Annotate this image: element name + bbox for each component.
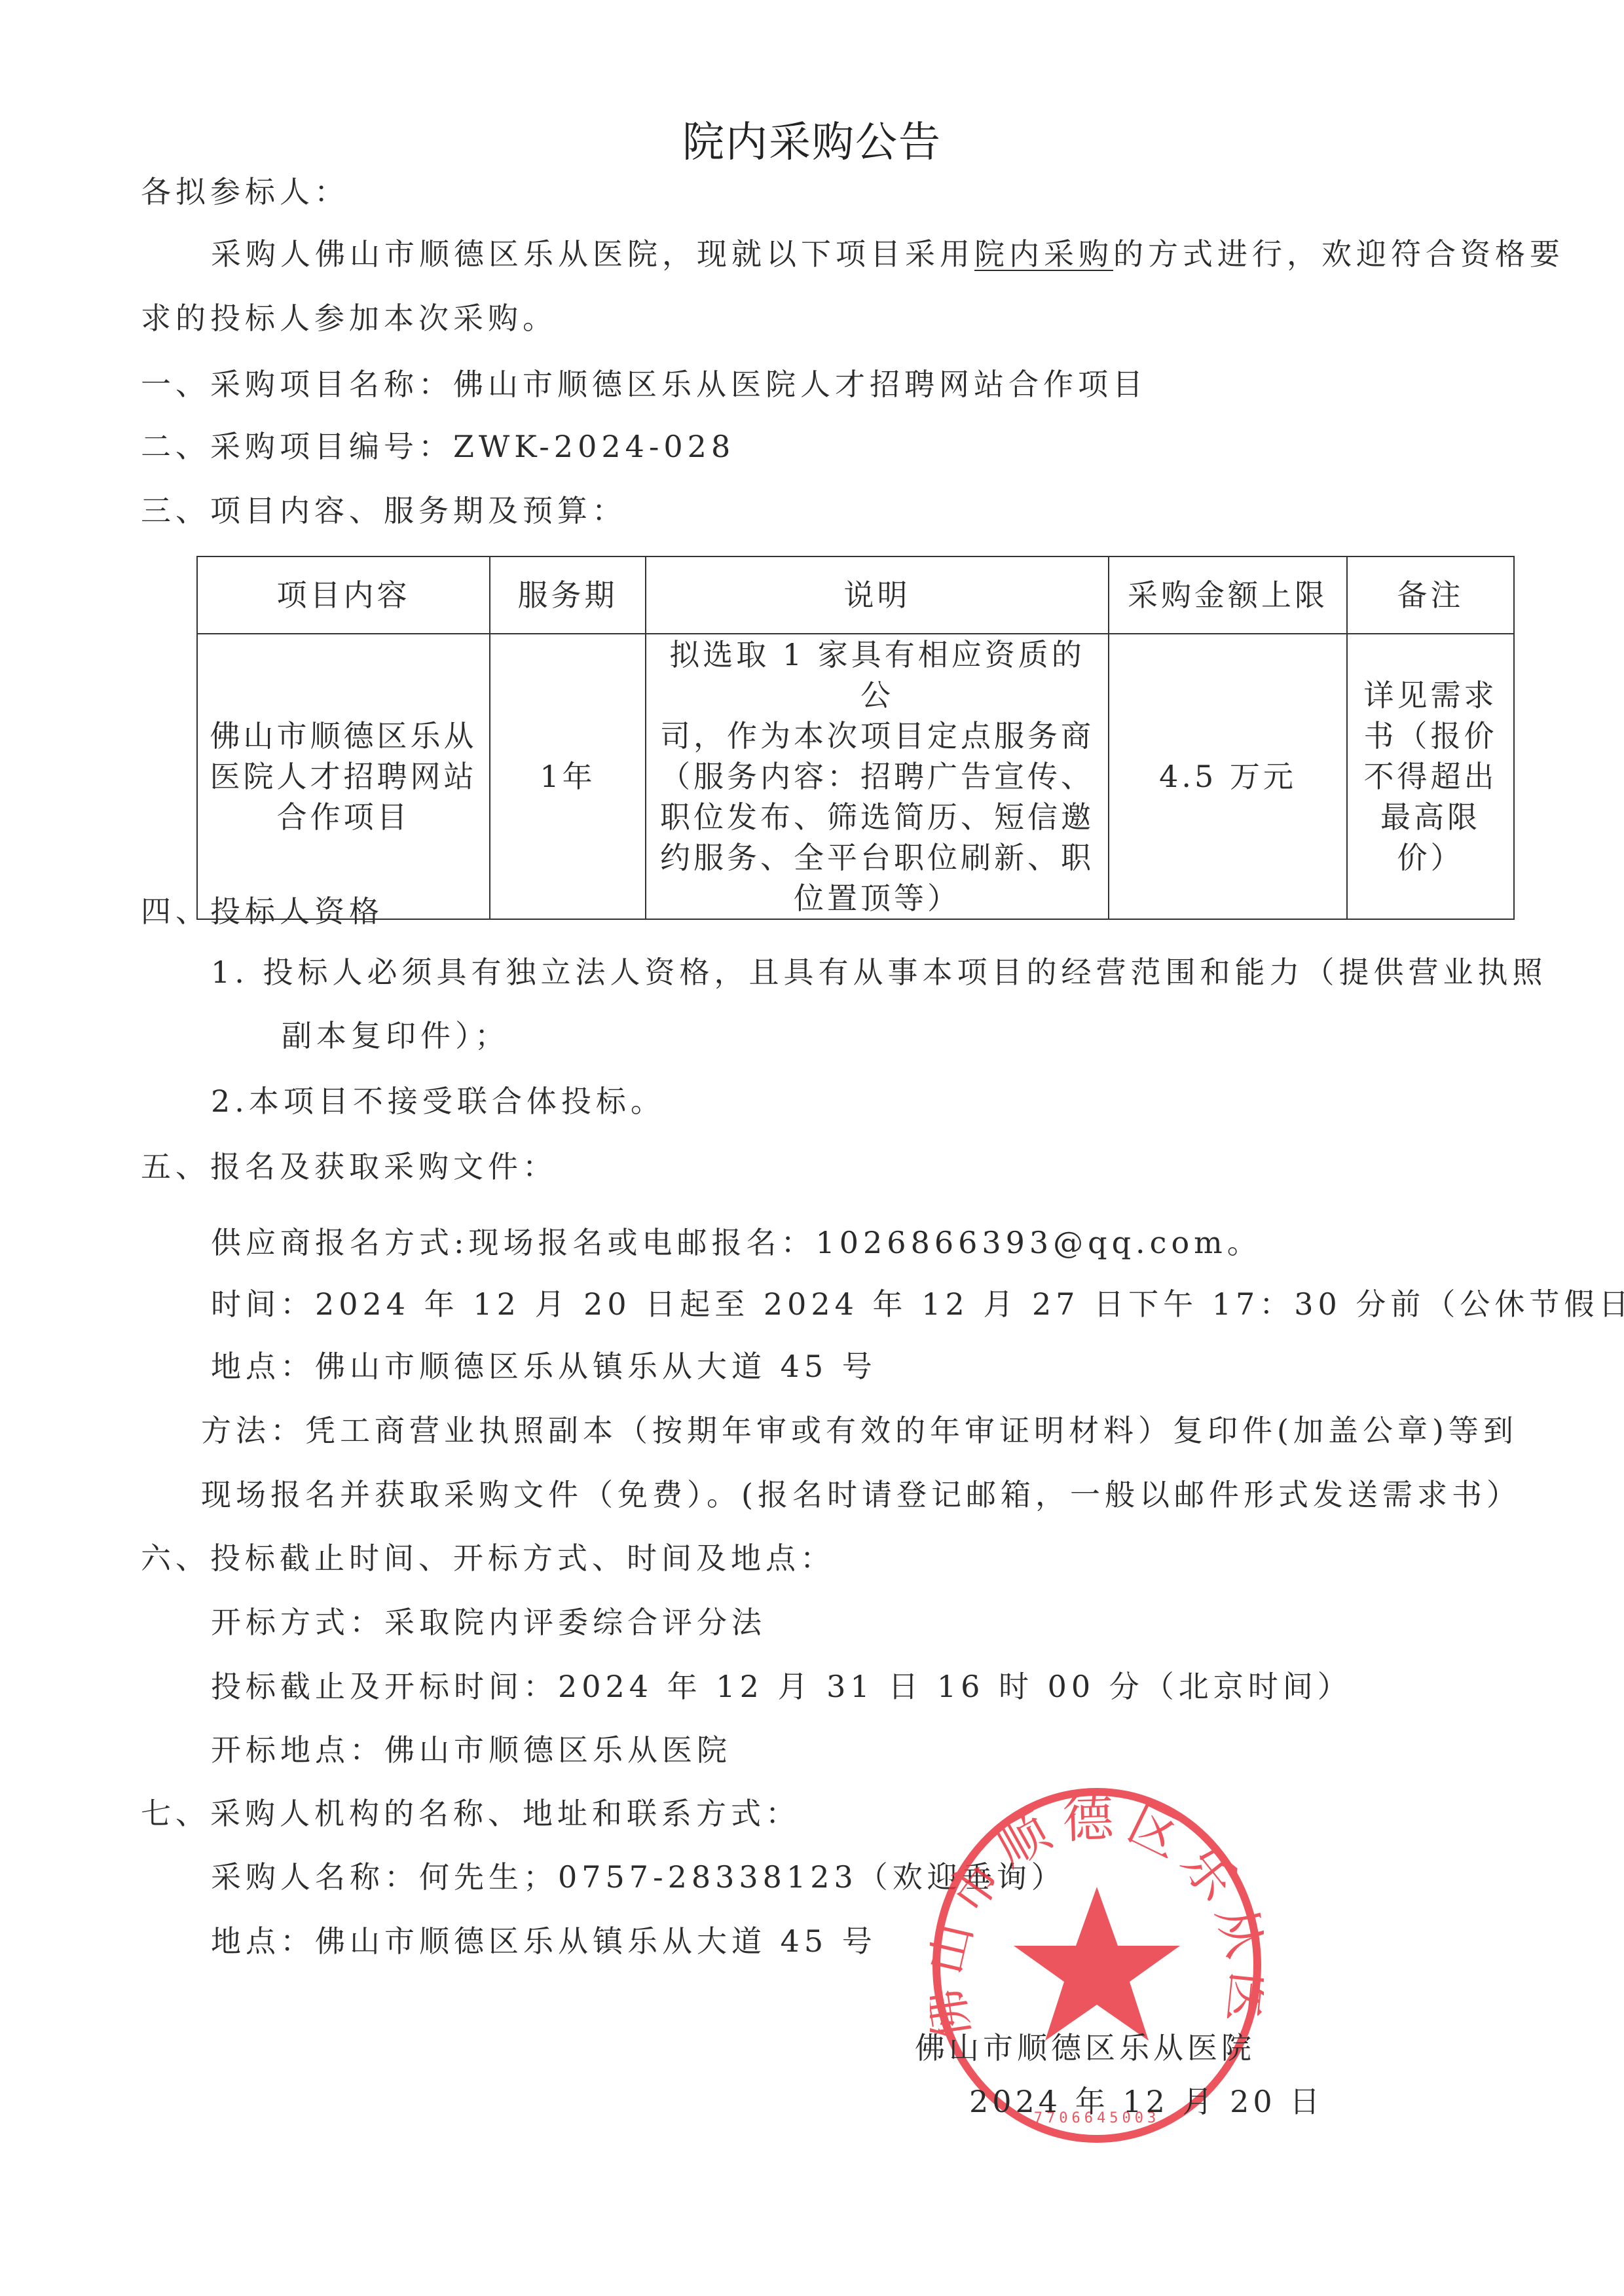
registration-method: 供应商报名方式:现场报名或电邮报名：1026866393@qq.com。 xyxy=(211,1223,1262,1262)
section-7-heading: 七、采购人机构的名称、地址和联系方式： xyxy=(141,1794,800,1833)
registration-location: 地点：佛山市顺德区乐从镇乐从大道 45 号 xyxy=(211,1347,877,1386)
section-2-project-number: 二、采购项目编号：ZWK-2024-028 xyxy=(141,427,735,466)
cell-note: 详见需求 书（报价 不得超出 最高限 价） xyxy=(1347,634,1514,919)
bid-opening-location: 开标地点：佛山市顺德区乐从医院 xyxy=(211,1730,731,1770)
column-header-note: 备注 xyxy=(1347,556,1514,634)
cell-line: 最高限 xyxy=(1353,797,1508,837)
column-header-amount: 采购金额上限 xyxy=(1109,556,1347,634)
section-5-heading: 五、报名及获取采购文件： xyxy=(141,1147,557,1186)
intro-text-pre: 采购人佛山市顺德区乐从医院，现就以下项目采用 xyxy=(211,236,974,272)
intro-text-post: 的方式进行，欢迎符合资格要 xyxy=(1113,236,1564,272)
column-header-period: 服务期 xyxy=(490,556,646,634)
column-header-content: 项目内容 xyxy=(197,556,490,634)
cell-period: 1年 xyxy=(490,634,646,919)
section-1-project-name: 一、采购项目名称：佛山市顺德区乐从医院人才招聘网站合作项目 xyxy=(141,365,1147,404)
page-title: 院内采购公告 xyxy=(0,117,1624,169)
registration-time: 时间：2024 年 12 月 20 日起至 2024 年 12 月 27 日下午… xyxy=(211,1285,1624,1324)
cell-line: 价） xyxy=(1353,837,1508,878)
section-4-heading: 四、投标人资格 xyxy=(141,892,384,931)
intro-text-underlined: 院内采购 xyxy=(974,236,1113,272)
cell-line: 不得超出 xyxy=(1353,756,1508,797)
signature-organization: 佛山市顺德区乐从医院 xyxy=(915,2028,1255,2068)
registration-method-detail-cont: 现场报名并获取采购文件（免费）。(报名时请登记邮箱，一般以邮件形式发送需求书） xyxy=(201,1475,1521,1514)
bid-deadline: 投标截止及开标时间：2024 年 12 月 31 日 16 时 00 分（北京时… xyxy=(211,1667,1352,1706)
qualification-item-2: 2.本项目不接受联合体投标。 xyxy=(211,1082,665,1121)
table-row: 佛山市顺德区乐从 医院人才招聘网站 合作项目 1年 拟选取 1 家具有相应资质的… xyxy=(197,634,1514,919)
project-table: 项目内容 服务期 说明 采购金额上限 备注 佛山市顺德区乐从 医院人才招聘网站 … xyxy=(196,556,1515,920)
cell-line: （服务内容：招聘广告宣传、 xyxy=(653,756,1101,797)
cell-description: 拟选取 1 家具有相应资质的公 司，作为本次项目定点服务商 （服务内容：招聘广告… xyxy=(646,634,1109,919)
qualification-item-1-cont: 副本复印件）； xyxy=(282,1016,509,1055)
cell-amount: 4.5 万元 xyxy=(1109,634,1347,919)
cell-line: 佛山市顺德区乐从 xyxy=(198,716,489,756)
cell-line: 司，作为本次项目定点服务商 xyxy=(653,716,1101,756)
cell-line: 医院人才招聘网站 xyxy=(198,756,489,797)
cell-line: 详见需求 xyxy=(1353,675,1508,716)
cell-line: 合作项目 xyxy=(198,797,489,837)
table-header-row: 项目内容 服务期 说明 采购金额上限 备注 xyxy=(197,556,1514,634)
cell-line: 书（报价 xyxy=(1353,716,1508,756)
seal-ring-text: 佛山市顺德区乐从医院 xyxy=(930,1785,1264,2044)
cell-line: 约服务、全平台职位刷新、职 xyxy=(653,837,1101,878)
intro-line-1: 采购人佛山市顺德区乐从医院，现就以下项目采用院内采购的方式进行，欢迎符合资格要 xyxy=(211,234,1564,274)
purchaser-contact: 采购人名称：何先生；0757-28338123（欢迎垂询） xyxy=(211,1857,1066,1897)
intro-line-2: 求的投标人参加本次采购。 xyxy=(141,299,557,338)
purchaser-address: 地点：佛山市顺德区乐从镇乐从大道 45 号 xyxy=(211,1922,877,1961)
qualification-item-1: 1. 投标人必须具有独立法人资格，且具有从事本项目的经营范围和能力（提供营业执照 xyxy=(211,953,1547,992)
bid-opening-method: 开标方式：采取院内评委综合评分法 xyxy=(211,1603,766,1642)
star-icon xyxy=(1014,1887,1180,2041)
salutation: 各拟参标人： xyxy=(141,172,349,211)
cell-content: 佛山市顺德区乐从 医院人才招聘网站 合作项目 xyxy=(197,634,490,919)
signature-date: 2024 年 12 月 20 日 xyxy=(969,2082,1323,2121)
section-6-heading: 六、投标截止时间、开标方式、时间及地点： xyxy=(141,1539,835,1578)
cell-line: 职位发布、筛选简历、短信邀 xyxy=(653,797,1101,837)
cell-line: 位置顶等） xyxy=(653,878,1101,919)
column-header-description: 说明 xyxy=(646,556,1109,634)
cell-line: 拟选取 1 家具有相应资质的公 xyxy=(653,634,1101,716)
section-3-heading: 三、项目内容、服务期及预算： xyxy=(141,491,627,530)
registration-method-detail: 方法：凭工商营业执照副本（按期年审或有效的年审证明材料）复印件(加盖公章)等到 xyxy=(201,1411,1518,1450)
